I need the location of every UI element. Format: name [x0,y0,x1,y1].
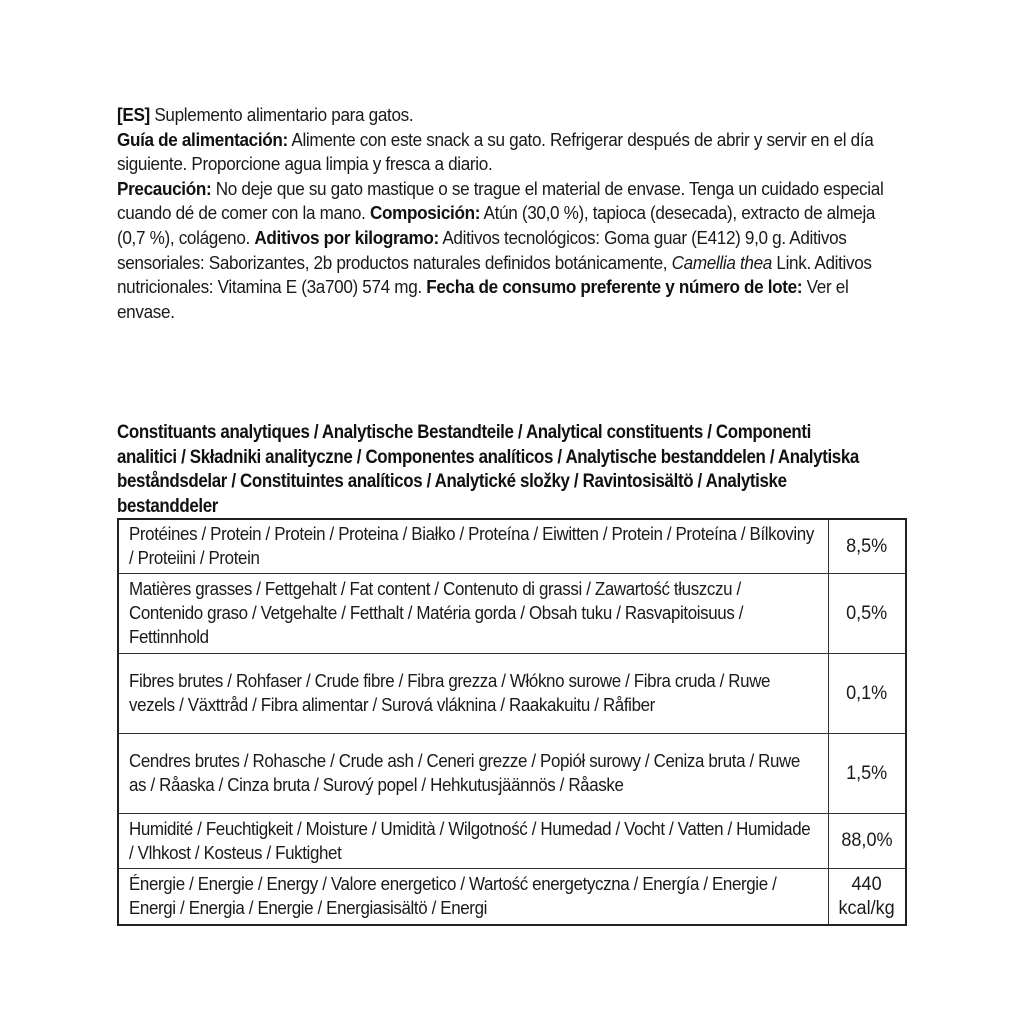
constituent-value: 8,5% [829,519,907,574]
table-row: Fibres brutes / Rohfaser / Crude fibre /… [118,654,906,734]
additives-label: Aditivos por kilogramo: [254,227,438,248]
table-row: Matières grasses / Fettgehalt / Fat cont… [118,574,906,654]
spanish-product-description: [ES] Suplemento alimentario para gatos. … [117,103,908,324]
constituent-value: 0,5% [829,574,907,654]
constituent-label: Protéines / Protein / Protein / Proteina… [118,519,829,574]
energy-value: 440 [852,874,882,895]
table-row: Protéines / Protein / Protein / Proteina… [118,519,906,574]
table-row: Énergie / Energie / Energy / Valore ener… [118,869,906,926]
analytical-constituents-heading: Constituants analytiques / Analytische B… [117,421,874,519]
constituent-value: 88,0% [829,814,907,869]
constituent-label: Fibres brutes / Rohfaser / Crude fibre /… [118,654,829,734]
caution-label: Precaución: [117,178,211,199]
language-tag: [ES] [117,104,150,125]
additives-italic-species: Camellia thea [672,252,772,273]
analytical-constituents-table: Protéines / Protein / Protein / Proteina… [117,518,907,926]
table-row: Humidité / Feuchtigkeit / Moisture / Umi… [118,814,906,869]
constituent-value: 1,5% [829,734,907,814]
constituent-label: Énergie / Energie / Energy / Valore ener… [118,869,829,926]
feeding-guide-label: Guía de alimentación: [117,129,288,150]
constituent-value: 0,1% [829,654,907,734]
table-row: Cendres brutes / Rohasche / Crude ash / … [118,734,906,814]
product-type: Suplemento alimentario para gatos. [150,104,413,125]
constituent-label: Humidité / Feuchtigkeit / Moisture / Umi… [118,814,829,869]
constituent-value: 440kcal/kg [829,869,907,926]
constituent-label: Matières grasses / Fettgehalt / Fat cont… [118,574,829,654]
best-before-label: Fecha de consumo preferente y número de … [426,276,802,297]
composition-label: Composición: [370,202,480,223]
energy-unit: kcal/kg [839,898,895,919]
constituent-label: Cendres brutes / Rohasche / Crude ash / … [118,734,829,814]
